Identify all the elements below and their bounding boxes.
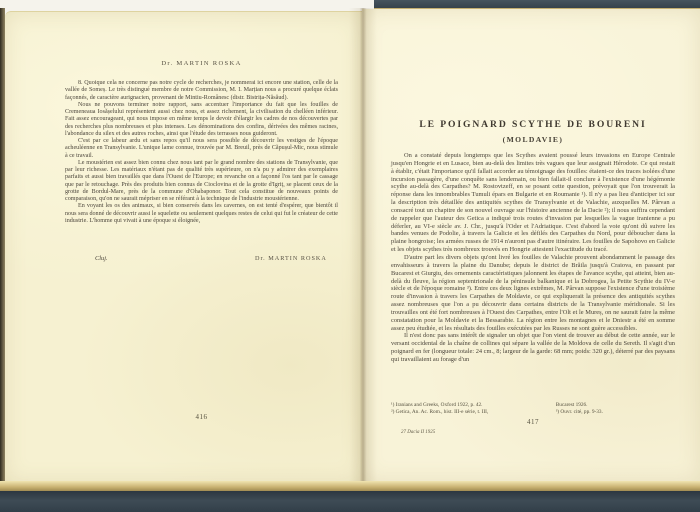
place-label: Cluj. xyxy=(95,255,108,262)
paragraph: On a constaté depuis longtemps que les S… xyxy=(391,152,675,254)
book-cover-top-edge xyxy=(374,0,700,9)
paragraph: 8. Quoique cela ne concerne pas notre cy… xyxy=(65,80,338,102)
book-cover-bottom-edge xyxy=(0,491,700,512)
running-header: Dr. MARTIN ROSKA xyxy=(65,60,338,67)
printers-signature-mark: 27 Dacia II 1925 xyxy=(401,430,435,435)
footnotes: ¹) Iranians and Greeks, Oxford 1922, p. … xyxy=(391,402,675,415)
paragraph: D'autre part les divers objets qu'ont li… xyxy=(391,254,675,332)
footnote: ²) Getica, An. Ac. Rom., hist. III-e sér… xyxy=(391,409,556,416)
book-scan: Dr. MARTIN ROSKA 8. Quoique cela ne conc… xyxy=(0,0,700,512)
article-title: LE POIGNARD SCYTHE DE BOURENI xyxy=(391,119,675,130)
footnote-column-1: ¹) Iranians and Greeks, Oxford 1922, p. … xyxy=(391,402,556,415)
footnote: ³) Ouvr. cité, pp. 9-33. xyxy=(556,409,675,416)
footnote: Bucarest 1926. xyxy=(556,402,675,409)
left-page-body: 8. Quoique cela ne concerne pas notre cy… xyxy=(65,80,338,225)
paragraph: En voyant les os des animaux, si bien co… xyxy=(65,203,338,225)
signature-line: Cluj. Dr. MARTIN ROSKA xyxy=(65,255,338,265)
article-subtitle: (MOLDAVIE) xyxy=(391,135,675,144)
right-page: LE POIGNARD SCYTHE DE BOURENI (MOLDAVIE)… xyxy=(362,9,700,482)
footnote-column-2: Bucarest 1926. ³) Ouvr. cité, pp. 9-33. xyxy=(556,402,675,415)
page-number-left: 416 xyxy=(65,413,338,421)
paragraph: Nous ne pouvons terminer notre rapport, … xyxy=(65,102,338,138)
paragraph: Il n'est donc pas sans intérêt de signal… xyxy=(391,332,675,363)
right-page-body: On a constaté depuis longtemps que les S… xyxy=(391,152,675,364)
footnote: ¹) Iranians and Greeks, Oxford 1922, p. … xyxy=(391,402,556,409)
paragraph: C'est par ce labeur ardu et sans repos q… xyxy=(65,138,338,160)
paragraph: Le moustérien est assez bien connu chez … xyxy=(65,160,338,204)
left-page: Dr. MARTIN ROSKA 8. Quoique cela ne conc… xyxy=(5,11,362,483)
page-number-right: 417 xyxy=(391,418,675,426)
author-signature: Dr. MARTIN ROSKA xyxy=(255,255,327,262)
